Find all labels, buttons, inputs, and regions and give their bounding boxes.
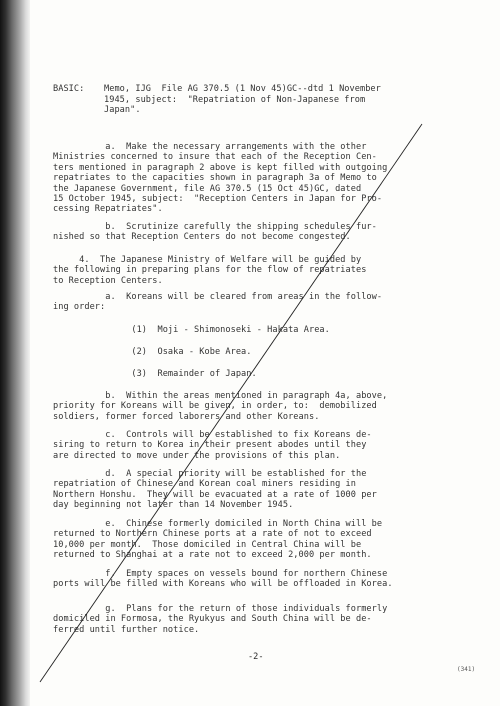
reference-mark: (341): [457, 666, 475, 673]
document-page: BASIC: Memo, IJG File AG 370.5 (1 Nov 45…: [0, 0, 500, 706]
cancellation-slash-mark: [0, 0, 500, 706]
page-number: -2-: [248, 652, 264, 662]
